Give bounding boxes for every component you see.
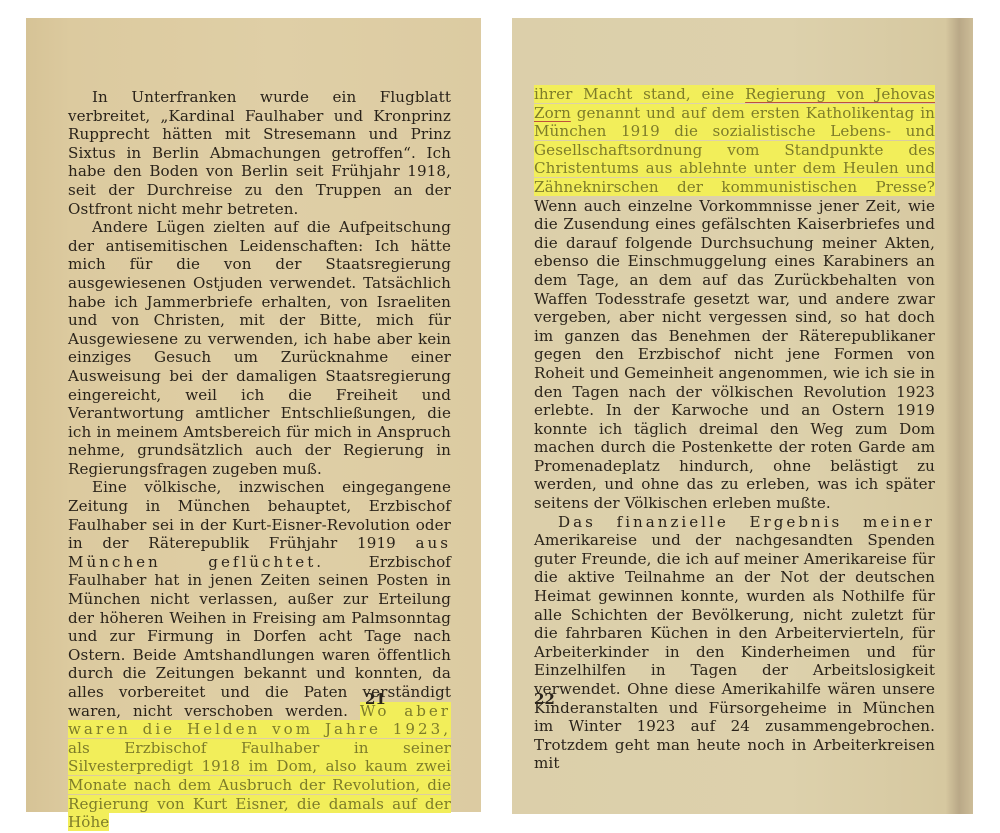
paragraph: ihrer Macht stand, eine Regierung von Je… xyxy=(534,85,935,513)
page-number: 22 xyxy=(534,690,555,708)
book-page-right: ihrer Macht stand, eine Regierung von Je… xyxy=(512,18,973,814)
text-run: Amerikareise und der nachgesandten Spend… xyxy=(534,531,935,772)
page-body-text: ihrer Macht stand, eine Regierung von Je… xyxy=(534,85,935,773)
highlighted-passage: als Erzbischof Faulhaber in seiner Silve… xyxy=(68,739,451,831)
page-body-text: In Unterfranken wurde ein Flugblatt verb… xyxy=(68,88,451,832)
highlighted-passage: ihrer Macht stand, eine xyxy=(534,85,745,103)
text-run: Eine völkische, inzwischen eingegangene … xyxy=(68,478,451,552)
text-run-spaced-emphasis: Das finanzielle Ergebnis meiner xyxy=(558,513,935,531)
book-page-left: In Unterfranken wurde ein Flugblatt verb… xyxy=(26,18,481,812)
paragraph: Eine völkische, inzwischen eingegangene … xyxy=(68,478,451,831)
highlighted-passage: genannt und auf dem ersten Katholikentag… xyxy=(534,104,935,196)
paragraph: Das finanzielle Ergebnis meiner Amerikar… xyxy=(534,513,935,773)
text-run: Wenn auch einzelne Vorkommnisse jener Ze… xyxy=(534,197,935,513)
paragraph: Andere Lügen zielten auf die Aufpeitschu… xyxy=(68,218,451,478)
page-number: 21 xyxy=(365,690,386,708)
paragraph: In Unterfranken wurde ein Flugblatt verb… xyxy=(68,88,451,218)
text-run: Erzbischof Faulhaber hat in jenen Zeiten… xyxy=(68,553,451,720)
